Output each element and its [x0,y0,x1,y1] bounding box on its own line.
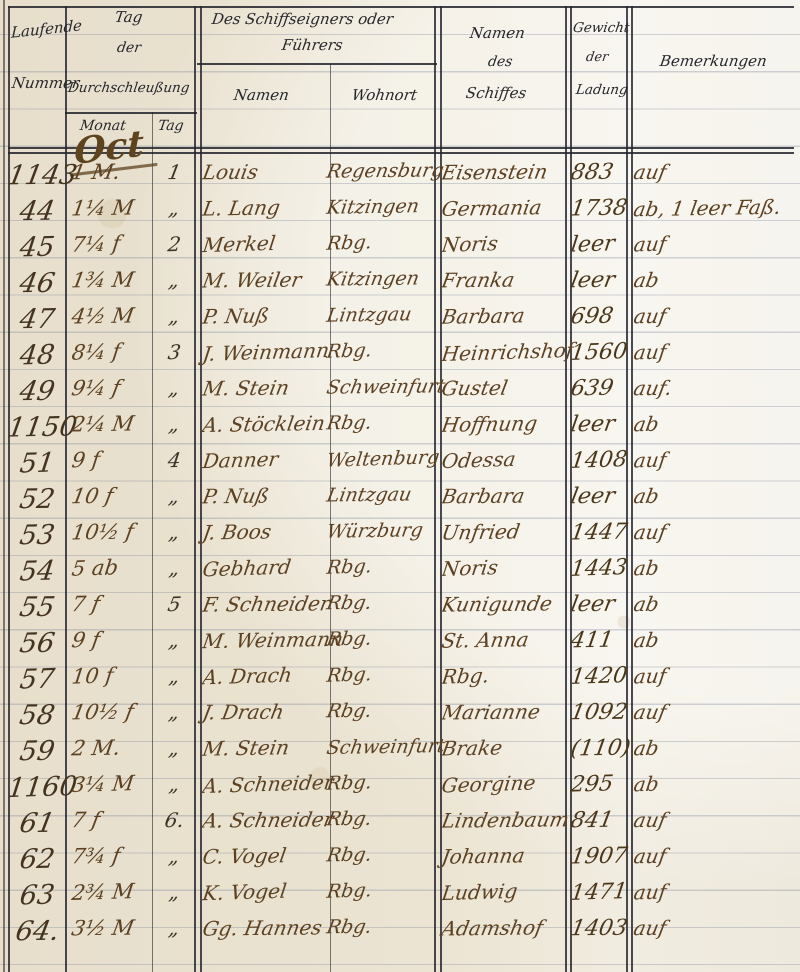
remark-text: ab [632,628,661,652]
cargo-weight-text: 1560 [569,339,628,366]
cargo-weight-text: 1738 [569,196,629,222]
cargo-weight-text: 1092 [569,700,630,726]
row-number: 51 [8,448,66,479]
ship-name: Gustel [442,376,566,400]
cargo-weight-text: 1420 [569,663,628,690]
remark: auf [634,520,794,544]
passage-time: 7 f [72,808,152,832]
remark-text: auf [632,844,668,869]
owner-name: Louis [203,160,329,184]
owner-residence: Rbg. [327,772,439,794]
passage-day: „ [152,484,197,508]
remark: ab [634,772,794,796]
owner-residence-text: Rbg. [325,808,374,830]
cargo-weight: 841 [571,808,629,833]
row-number: 1150 [8,412,66,443]
passage-day: „ [152,772,197,796]
ship-name: Unfried [442,520,566,544]
ship-name-text: Eisenstein [440,159,550,184]
passage-day: „ [152,880,197,904]
cargo-weight: 1560 [571,340,629,365]
passage-day: „ [152,268,197,292]
cargo-weight-text: 883 [569,160,616,185]
remark-text: ab [632,268,661,292]
ship-name: Brake [442,736,566,760]
row-number: 64. [8,916,66,947]
owner-name: F. Schneider [203,592,329,616]
owner-residence-text: Rbg. [325,628,373,651]
passage-time-text: 1 M. [70,160,123,185]
cargo-weight-text: 1907 [569,844,629,870]
owner-residence: Lintzgau [327,484,439,506]
table-row: 5710 f„A. DrachRbg.Rbg.1420auf [0,664,800,700]
row-number-text: 1150 [5,411,79,443]
passage-day-text: „ [167,196,181,220]
passage-day-text: 5 [166,592,183,616]
subheader-namen: Namen [233,86,290,104]
cargo-weight-text: leer [569,268,617,293]
remark: auf [634,844,794,868]
header-tag: Tag [114,8,144,26]
ship-name: St. Anna [442,628,566,652]
passage-time-text: 9 f [70,448,101,473]
cargo-weight: 883 [571,160,629,185]
table-row: 11431 M.1LouisRegensburgEisenstein883auf [0,160,800,196]
passage-day-text: „ [168,556,181,580]
passage-time: 9 f [72,628,152,652]
owner-residence-text: Würzburg [325,519,425,543]
owner-residence: Kitzingen [327,268,439,290]
row-number: 47 [8,304,66,335]
row-number-text: 57 [18,663,56,695]
owner-residence-text: Lintzgau [325,303,413,326]
remark: ab [634,412,794,436]
remark: ab [634,736,794,760]
passage-day: „ [152,736,197,760]
passage-day-text: „ [167,628,181,652]
table-row: 545 ab„GebhardRbg.Noris1443ab [0,556,800,592]
owner-name-text: Merkel [201,231,277,257]
cargo-weight-text: 1403 [569,916,630,942]
owner-residence: Schweinfurt [327,736,439,758]
remark: ab [634,268,794,292]
owner-name: P. Nuß [203,484,329,508]
cargo-weight: 1738 [571,196,629,221]
remark: auf [634,160,794,184]
passage-day-text: „ [167,376,182,400]
owner-name-text: A. Schneider [201,807,336,832]
cargo-weight: 1443 [571,556,629,581]
row-number: 55 [8,592,66,623]
row-number-text: 59 [17,736,56,768]
passage-time: 10 f [72,484,152,508]
cargo-weight-text: 1408 [569,447,628,474]
remark-text: ab [632,736,661,760]
table-row: 488¼ f3J. WeinmannRbg.Heinrichshof1560au… [0,340,800,376]
owner-name: Gg. Hannes [203,916,329,940]
passage-day-text: 4 [167,448,183,472]
owner-residence: Würzburg [327,520,439,542]
cargo-weight: leer [571,232,629,257]
remark: auf [634,340,794,364]
owner-name-text: Danner [201,447,280,473]
row-number-text: 49 [17,376,57,407]
row-number: 53 [8,520,66,551]
owner-name: K. Vogel [203,880,329,904]
passage-day: 6. [152,808,197,832]
owner-name-text: Gebhard [201,555,292,582]
header-gewicht-der: der [585,50,609,65]
ship-name-text: Heinrichshof [440,338,575,366]
row-number: 1143 [8,160,66,191]
cargo-weight-text: (110) [569,735,632,761]
passage-time-text: 4½ M [70,303,136,328]
cargo-weight-text: 841 [569,808,616,833]
passage-day-text: „ [167,304,181,328]
passage-time: 7¼ f [72,232,152,256]
ship-name: Rbg. [442,664,566,688]
owner-residence-text: Rbg. [326,555,374,578]
ship-name-text: Hoffnung [440,411,539,437]
cargo-weight: 698 [571,304,629,329]
passage-time-text: 5 ab [70,555,119,580]
row-number: 49 [8,376,66,407]
remark: auf. [634,376,794,400]
ship-name: Eisenstein [442,160,566,184]
owner-residence-text: Lintzgau [325,484,414,507]
owner-residence-text: Rbg. [326,339,374,362]
row-number-text: 1160 [6,771,79,804]
owner-name-text: L. Lang [201,195,282,220]
passage-time: 9¼ f [72,376,152,400]
owner-name: A. Stöcklein [203,412,329,436]
table-row: 457¼ f2MerkelRbg.Norisleerauf [0,232,800,268]
ship-name-text: Noris [440,555,499,581]
owner-name: M. Stein [203,736,329,760]
passage-day: „ [152,556,197,580]
ship-name: Johanna [442,844,566,868]
owner-residence-text: Kitzingen [325,195,421,219]
owner-name: L. Lang [203,196,329,220]
cargo-weight-text: leer [569,412,617,438]
owner-name-text: J. Boos [201,519,273,544]
owner-residence: Kitzingen [327,196,439,218]
ship-name-text: Adamshof [440,915,545,940]
passage-time: 1 M. [72,160,152,184]
passage-time: 7¾ f [72,844,152,868]
ship-name-text: Gustel [440,376,510,401]
owner-name: Merkel [203,232,329,256]
owner-name: J. Boos [203,520,329,544]
row-number: 52 [8,484,66,515]
owner-residence: Rbg. [327,844,439,866]
passage-day-text: „ [167,916,182,940]
passage-day: 2 [152,232,197,256]
table-row: 461¾ M„M. WeilerKitzingenFrankaleerab [0,268,800,304]
ship-name-text: Kunigunde [440,591,555,616]
passage-time: 1¾ M [72,268,152,292]
owner-name-text: K. Vogel [201,879,288,906]
subheader-tag: Tag [157,118,185,134]
owner-name: J. Weinmann [203,340,329,364]
row-number: 57 [8,664,66,695]
passage-time-text: 10 f [70,663,114,688]
remark-text: auf [632,520,668,545]
row-number-text: 56 [17,628,56,660]
remark: ab [634,628,794,652]
cargo-weight: leer [571,268,629,293]
ship-name-text: Franka [440,268,517,293]
cargo-weight: leer [571,592,629,617]
passage-day-text: „ [167,736,181,760]
owner-name-text: P. Nuß [201,484,271,509]
owner-residence: Rbg. [327,592,439,614]
remark: ab [634,556,794,580]
passage-time-text: 1¾ M [70,268,136,293]
owner-name: C. Vogel [203,844,329,868]
cargo-weight-text: leer [569,231,616,257]
passage-day-text: „ [167,412,181,436]
passage-day: „ [152,664,197,688]
owner-name-text: M. Stein [201,735,291,760]
owner-residence-text: Rbg. [325,592,374,614]
ship-name: Odessa [442,448,566,472]
ship-name-text: Odessa [440,447,517,473]
ship-name: Georgine [442,772,566,796]
owner-residence-text: Schweinfurt [325,375,447,398]
owner-name-text: A. Drach [201,663,293,690]
owner-residence: Regensburg [327,160,439,182]
owner-residence: Rbg. [327,880,439,902]
passage-day-text: „ [167,700,182,724]
table-row: 557 f5F. SchneiderRbg.Kunigundeleerab [0,592,800,628]
passage-time: 10 f [72,664,152,688]
cargo-weight: 411 [571,628,629,653]
ship-name: Germania [442,196,566,220]
header-gewicht: Gewicht [572,20,631,36]
ship-name-text: Marianne [440,699,542,724]
passage-day-text: „ [167,484,182,508]
owner-header-underline [197,63,437,65]
table-row: 64.3½ M„Gg. HannesRbg.Adamshof1403auf [0,916,800,952]
owner-residence-text: Rbg. [325,412,373,435]
remark-text: ab, 1 leer Faß. [632,195,783,222]
remark-text: ab [632,772,660,797]
table-row: 569 f„M. WeinmannRbg.St. Anna411ab [0,628,800,664]
owner-name: M. Weiler [203,268,329,292]
owner-residence: Rbg. [327,700,439,722]
ship-name-text: Rbg. [440,663,490,688]
cargo-weight: leer [571,484,629,509]
row-number-text: 45 [18,231,56,263]
ship-name-text: Ludwig [440,879,519,905]
header-schiffseigner: Des Schiffseigners oder [211,10,394,28]
passage-time: 8¼ f [72,340,152,364]
passage-time-text: 3½ M [70,916,136,941]
cargo-weight: 1471 [571,880,629,905]
table-row: 499¼ f„M. SteinSchweinfurtGustel639auf. [0,376,800,412]
owner-name-text: F. Schneider [201,591,332,616]
row-number-text: 52 [17,484,57,515]
table-row: 5310½ f„J. BoosWürzburgUnfried1447auf [0,520,800,556]
remark-text: auf [632,808,669,832]
cargo-weight: 1092 [571,700,629,725]
cargo-weight-text: 295 [569,771,614,797]
owner-name: P. Nuß [203,304,329,328]
table-row: 474½ M„P. NußLintzgauBarbara698auf [0,304,800,340]
cargo-weight-text: 411 [569,628,615,654]
passage-time: 2¼ M [72,412,152,436]
cargo-weight-text: 698 [569,304,615,330]
passage-day: „ [152,376,197,400]
row-number: 63 [8,880,66,911]
ship-name-text: Brake [440,735,504,760]
passage-day-text: „ [168,772,181,796]
monat-tag-topline [65,112,197,114]
passage-time-text: 2 M. [70,736,122,761]
ship-name-text: Lindenbaum [440,807,571,832]
passage-time: 10½ f [72,700,152,724]
passage-day: „ [152,628,197,652]
passage-time: 2 M. [72,736,152,760]
row-number-text: 61 [17,808,57,839]
owner-residence: Rbg. [327,340,439,362]
ledger-rows: 11431 M.1LouisRegensburgEisenstein883auf… [0,160,800,952]
remark: ab, 1 leer Faß. [634,196,794,220]
table-row: 11603¼ M„A. SchneiderRbg.Georgine295ab [0,772,800,808]
passage-day: „ [152,412,197,436]
passage-time: 10½ f [72,520,152,544]
cargo-weight: 1907 [571,844,629,869]
passage-time: 1¼ M [72,196,152,220]
row-number: 44 [8,196,66,227]
owner-residence: Schweinfurt [327,376,439,398]
passage-time-text: 8¼ f [70,339,121,365]
owner-residence: Rbg. [327,664,439,686]
passage-day: 5 [152,592,197,616]
table-row: 627¾ f„C. VogelRbg.Johanna1907auf [0,844,800,880]
row-number-text: 44 [17,196,56,228]
row-number-text: 54 [18,555,56,587]
ship-name: Ludwig [442,880,566,904]
passage-time-text: 7 f [70,808,102,832]
remark: auf [634,700,794,724]
table-row: 519 f4DannerWeltenburgOdessa1408auf [0,448,800,484]
cargo-weight: (110) [571,736,629,761]
ship-name: Barbara [442,484,566,508]
ship-name-text: Unfried [440,519,522,544]
passage-time: 2¾ M [72,880,152,904]
passage-time-text: 9¼ f [70,376,123,401]
owner-name: A. Schneider [203,808,329,832]
remark-text: ab [632,484,661,508]
table-row: 11502¼ M„A. StöckleinRbg.Hoffnungleerab [0,412,800,448]
row-number-text: 63 [18,879,56,911]
owner-residence-text: Rbg. [325,700,374,722]
passage-time: 4½ M [72,304,152,328]
owner-name-text: M. Stein [201,376,292,401]
row-number: 45 [8,232,66,263]
ship-name-text: Barbara [440,484,527,509]
passage-time-text: 2¾ M [70,879,135,905]
ship-name-text: Georgine [440,771,537,798]
owner-residence-text: Rbg. [325,844,373,867]
ship-name: Hoffnung [442,412,566,436]
header-ship-des: des [487,54,514,70]
owner-name: A. Drach [203,664,329,688]
row-number-text: 55 [17,592,57,623]
passage-day: 3 [152,340,197,364]
row-number: 48 [8,340,66,371]
owner-residence: Rbg. [327,916,439,938]
ship-name: Barbara [442,304,566,328]
passage-day-text: 2 [167,232,183,256]
owner-residence: Rbg. [327,412,439,434]
owner-residence-text: Schweinfurt [325,735,447,759]
remark: auf [634,448,794,472]
ledger-page: Laufende Nummer Tag der Durchschleußung … [0,0,800,972]
owner-name: Gebhard [203,556,329,580]
passage-time: 5 ab [72,556,152,580]
owner-residence: Rbg. [327,628,439,650]
owner-residence-text: Weltenburg [325,446,440,472]
owner-name-text: P. Nuß [201,303,271,328]
passage-time-text: 2¼ M [70,411,136,436]
row-number: 1160 [8,772,66,803]
header-ladung: Ladung [575,82,629,98]
passage-day: 4 [152,448,197,472]
ship-name: Heinrichshof [442,340,566,364]
owner-residence-text: Rbg. [326,231,374,254]
remark: auf [634,880,794,904]
header-ship-namen: Namen [469,24,526,42]
ship-name: Adamshof [442,916,566,940]
header-fuehrers: Führers [281,36,344,54]
ship-name: Noris [442,232,566,256]
ship-name-text: St. Anna [440,627,531,653]
passage-day-text: 6. [163,808,187,832]
owner-name-text: Gg. Hannes [201,915,324,940]
remark-text: ab [632,556,660,581]
ship-name-text: Noris [440,231,499,257]
row-number: 59 [8,736,66,767]
row-number: 56 [8,628,66,659]
owner-name-text: C. Vogel [201,843,288,868]
owner-name-text: M. Weiler [201,267,304,292]
passage-time: 7 f [72,592,152,616]
passage-time-text: 7¼ f [70,231,121,257]
header-laufende: Laufende [11,16,82,42]
passage-day: „ [152,196,197,220]
owner-residence: Rbg. [327,808,439,830]
ship-name-text: Johanna [440,843,527,868]
row-number: 46 [8,268,66,299]
passage-time-text: 10½ f [70,519,136,544]
owner-name: J. Drach [203,700,329,724]
owner-name-text: J. Weinmann [201,338,330,366]
remark-text: auf [632,700,669,724]
row-number-text: 46 [17,268,57,299]
passage-day: „ [152,844,197,868]
owner-residence-text: Kitzingen [325,268,421,291]
cargo-weight: 639 [571,376,629,401]
remark: auf [634,304,794,328]
cargo-weight-text: 1471 [569,879,628,906]
row-number: 61 [8,808,66,839]
remark: auf [634,664,794,688]
owner-name: A. Schneider [203,772,329,796]
table-row: 441¼ M„L. LangKitzingenGermania1738ab, 1… [0,196,800,232]
